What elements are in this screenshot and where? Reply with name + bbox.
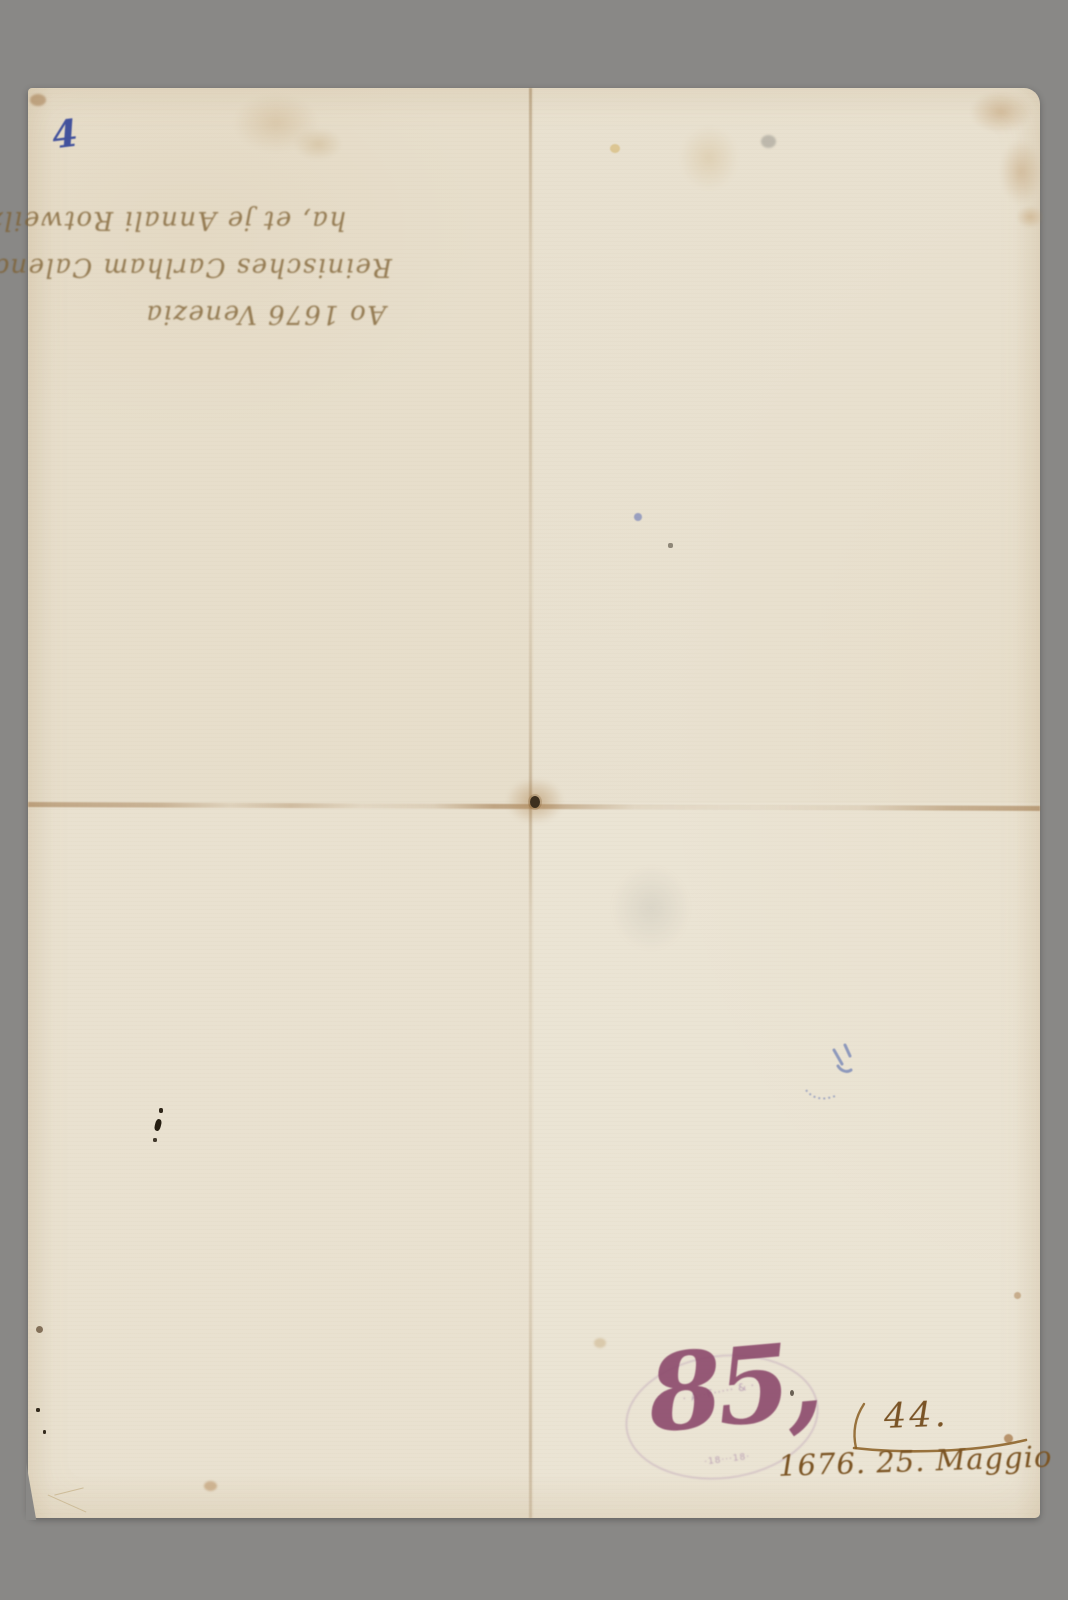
- stain: [294, 128, 342, 160]
- stain: [1014, 1292, 1021, 1299]
- stain: [594, 1338, 606, 1348]
- blue-ink-smudge: [798, 1028, 878, 1118]
- reversed-note-line: Ao 1676 Venezia: [30, 290, 392, 337]
- date-annotation: 1676. 25. Maggio: [777, 1439, 1058, 1483]
- ink-speck: [36, 1408, 40, 1412]
- catalog-number-85: 85,: [643, 1317, 823, 1456]
- reversed-note-line: Reinisches Carlham Calend: [30, 243, 392, 290]
- reversed-handwriting-note: Ao 1676 Venezia Reinisches Carlham Calen…: [30, 196, 392, 337]
- stain: [30, 94, 46, 106]
- archival-number-annotation: 4: [49, 111, 80, 158]
- damaged-corner: [26, 1462, 90, 1520]
- ink-speck: [153, 1138, 157, 1142]
- lot-number-text: 44.: [883, 1395, 949, 1437]
- stain: [610, 144, 620, 153]
- blue-ink-dot: [634, 513, 642, 521]
- paper-fiber: [54, 1487, 83, 1495]
- scan-background: 4 Ao 1676 Venezia Reinisches Carlham Cal…: [0, 0, 1068, 1600]
- ink-speck: [154, 1118, 163, 1131]
- stain: [970, 91, 1032, 133]
- ink-speck: [668, 543, 673, 548]
- paper-fiber: [48, 1495, 87, 1513]
- stain: [1000, 140, 1042, 204]
- stain: [761, 135, 776, 148]
- ink-speck: [159, 1108, 163, 1113]
- fold-intersection-hole: [530, 796, 540, 808]
- stain: [680, 126, 738, 190]
- stain: [612, 866, 690, 950]
- reversed-note-line: ha, et je Annali Rotweilz: [30, 196, 392, 243]
- manuscript-page: 4 Ao 1676 Venezia Reinisches Carlham Cal…: [28, 88, 1040, 1518]
- stain: [1016, 206, 1044, 228]
- stain: [204, 1481, 217, 1491]
- stain: [36, 1326, 43, 1333]
- ink-speck: [43, 1430, 46, 1434]
